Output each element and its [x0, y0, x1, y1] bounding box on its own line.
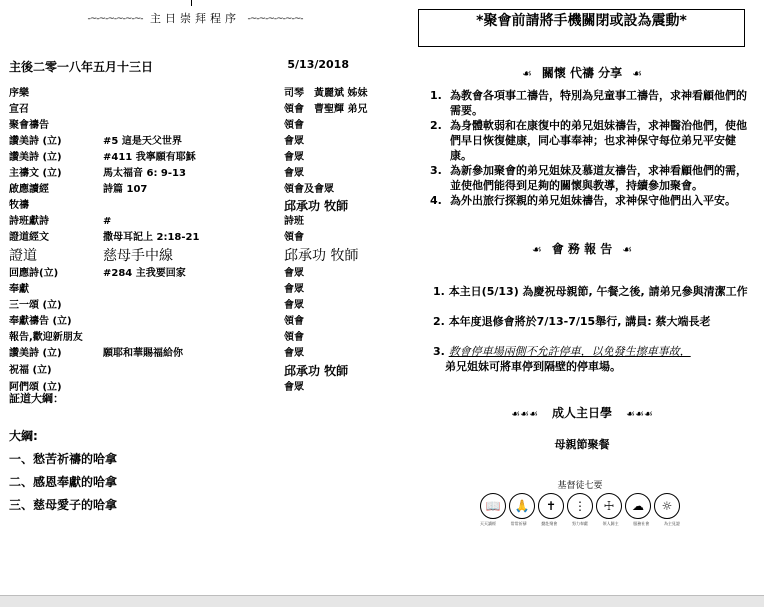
- essential-label: 常常祈禱: [511, 521, 527, 527]
- essential-label: 天天讀經: [480, 521, 496, 527]
- horizontal-scrollbar[interactable]: [0, 595, 764, 607]
- offering-icon: ⋮: [567, 493, 593, 519]
- item-number: 1.: [433, 285, 445, 298]
- sermon-outline-heading: 証道大綱：: [9, 390, 379, 426]
- essential-label: 服務社會: [633, 521, 649, 527]
- outline-point: 三、慈母愛子的哈拿: [9, 494, 379, 517]
- program-role: 領會: [284, 102, 304, 118]
- announcement-item: 1. 本主日(5/13) 為慶祝母親節, 午餐之後, 請弟兄參與清潔工作: [433, 284, 748, 299]
- ornament-icon: ☙: [622, 243, 632, 256]
- prayer-text: 為身體軟弱和在康復中的弟兄姐妹禱告，求神醫治他們，使他們早日恢復健康，同心事奉神…: [450, 119, 747, 162]
- item-number: 2.: [433, 315, 445, 328]
- announcement-emphasis: 教會停車場兩側不允許停車，以免發生擦車事故，: [449, 345, 691, 358]
- sunday-school-title: ☙☙☙成人主日學☙☙☙: [400, 404, 764, 421]
- announcement-item: 3. 教會停車場兩側不允許停車，以免發生擦車事故， 弟兄姐妹可將車停到隔壁的停車…: [433, 344, 691, 374]
- program-role: 領會: [284, 314, 304, 330]
- program-item: 奉獻: [9, 282, 29, 298]
- left-page: -~-~-~-~-~-~- 主日崇拜程序 -~-~-~-~-~-~- 主後二零一…: [0, 0, 390, 590]
- date-chinese: 主後二零一八年五月十三日: [9, 60, 153, 74]
- sermon-outline: 証道大綱： 大綱: 一、愁苦祈禱的哈拿 二、感恩奉獻的哈拿 三、慈母愛子的哈拿: [9, 390, 379, 517]
- ornament-right: -~-~-~-~-~-~-: [248, 14, 303, 24]
- announcements-section-title: ☙會 務 報 告☙: [400, 240, 764, 257]
- bulletin-title-text: 主日崇拜程序: [150, 12, 240, 25]
- prayer-item: 4.為外出旅行探親的弟兄姐妹禱告，求神保守他們出入平安。: [430, 193, 755, 208]
- ornament-icon: ☙: [632, 67, 642, 80]
- program-item: 詩班獻詩: [9, 214, 49, 230]
- program-content: 詩篇 107: [103, 182, 147, 198]
- program-item: 奉獻禱告 (立): [9, 314, 72, 330]
- program-item: 三一頌 (立): [9, 298, 62, 314]
- prayer-text: 為新參加聚會的弟兄姐妹及慕道友禱告，求神看顧他們的需，並使他們能得到足夠的關懷與…: [450, 164, 747, 192]
- program-row: 奉獻會眾: [9, 282, 379, 298]
- phone-notice: *聚會前請將手機關閉或設為震動*: [418, 9, 745, 47]
- worship-program: 序樂司琴黃麗斌 姊妹 宣召領會曹聖輝 弟兄 聚會禱告領會 讚美詩 (立)#5 這…: [9, 86, 379, 396]
- gathering-icon: ✝: [538, 493, 564, 519]
- seven-essentials-icons: 📖 🙏 ✝ ⋮ ☩ ☁ ☼: [480, 493, 680, 519]
- program-item: 回應詩(立): [9, 266, 58, 282]
- program-item: 祝福 (立): [9, 362, 52, 380]
- outline-subheading: 大綱:: [9, 426, 379, 448]
- program-item: 證道: [9, 246, 37, 266]
- prayer-item: 2.為身體軟弱和在康復中的弟兄姐妹禱告，求神醫治他們，使他們早日恢復健康，同心事…: [430, 118, 755, 163]
- essential-label: 努力奉獻: [572, 521, 588, 527]
- program-role: 會眾: [284, 150, 304, 166]
- program-row: 牧禱邱承功 牧師: [9, 198, 379, 214]
- program-item: 宣召: [9, 102, 29, 118]
- program-row: 讚美詩 (立)#411 我寧願有耶穌會眾: [9, 150, 379, 166]
- program-row: 讚美詩 (立)願耶和華賜福給你會眾: [9, 346, 379, 362]
- program-role: 邱承功 牧師: [284, 246, 358, 266]
- program-content: 願耶和華賜福給你: [103, 346, 183, 362]
- program-person: 黃麗斌 姊妹: [314, 86, 367, 102]
- program-role: 會眾: [284, 298, 304, 314]
- program-row: 宣召領會曹聖輝 弟兄: [9, 102, 379, 118]
- program-row: 報告,歡迎新朋友領會: [9, 330, 379, 346]
- program-role: 會眾: [284, 346, 304, 362]
- program-row: 啟應讀經詩篇 107領會及會眾: [9, 182, 379, 198]
- bulletin-title: -~-~-~-~-~-~- 主日崇拜程序 -~-~-~-~-~-~-: [0, 10, 390, 26]
- ornament-left: -~-~-~-~-~-~-: [88, 14, 143, 24]
- program-row-sermon: 證道慈母手中線邱承功 牧師: [9, 246, 379, 266]
- program-role: 會眾: [284, 266, 304, 282]
- item-number: 1.: [430, 88, 442, 103]
- program-role: 會眾: [284, 166, 304, 182]
- item-number: 3.: [433, 345, 445, 358]
- program-role: 司琴: [284, 86, 304, 102]
- program-item: 讚美詩 (立): [9, 134, 62, 150]
- program-row: 三一頌 (立)會眾: [9, 298, 379, 314]
- program-item: 主禱文 (立): [9, 166, 62, 182]
- seven-essentials-graphic: 基督徒七要 📖 🙏 ✝ ⋮ ☩ ☁ ☼ 天天讀經 常常祈禱 勤赴聚會 努力奉獻 …: [480, 478, 680, 527]
- prayer-list: 1.為教會各項事工禱告，特別為兒童事工禱告，求神看顧他們的需要。 2.為身體軟弱…: [430, 88, 755, 208]
- prayer-text: 為教會各項事工禱告，特別為兒童事工禱告，求神看顧他們的需要。: [450, 89, 747, 117]
- program-item: 啟應讀經: [9, 182, 49, 198]
- ornament-icon: ☙: [522, 67, 532, 80]
- announcement-item: 2. 本年度退修會將於7/13-7/15舉行, 講員: 蔡大端長老: [433, 314, 710, 329]
- program-row: 回應詩(立)#284 主我要回家會眾: [9, 266, 379, 282]
- program-content: 馬太福音 6: 9-13: [103, 166, 186, 182]
- announcements-title-text: 會 務 報 告: [552, 242, 613, 256]
- essential-label: 領人歸主: [603, 521, 619, 527]
- date-row: 主後二零一八年五月十三日 5/13/2018: [9, 58, 364, 75]
- seven-essentials-title: 基督徒七要: [480, 478, 680, 491]
- program-item: 序樂: [9, 86, 29, 102]
- program-role: 領會: [284, 230, 304, 246]
- program-row: 詩班獻詩#詩班: [9, 214, 379, 230]
- outline-point: 一、愁苦祈禱的哈拿: [9, 448, 379, 471]
- prayer-title-text: 關懷 代禱 分享: [542, 66, 622, 80]
- program-row: 祝福 (立)邱承功 牧師: [9, 362, 379, 380]
- ornament-icon: ☙: [532, 243, 542, 256]
- program-row: 證道經文撒母耳記上 2:18-21領會: [9, 230, 379, 246]
- program-row: 讚美詩 (立)#5 這是天父世界會眾: [9, 134, 379, 150]
- prayer-item: 1.為教會各項事工禱告，特別為兒童事工禱告，求神看顧他們的需要。: [430, 88, 755, 118]
- program-item: 報告,歡迎新朋友: [9, 330, 83, 346]
- program-item: 證道經文: [9, 230, 49, 246]
- program-content: #5 這是天父世界: [103, 134, 182, 150]
- prayer-item: 3.為新參加聚會的弟兄姐妹及慕道友禱告，求神看顧他們的需，並使他們能得到足夠的關…: [430, 163, 755, 193]
- program-role: 邱承功 牧師: [284, 362, 348, 380]
- program-item: 讚美詩 (立): [9, 346, 62, 362]
- program-row: 序樂司琴黃麗斌 姊妹: [9, 86, 379, 102]
- program-content: #411 我寧願有耶穌: [103, 150, 196, 166]
- ornament-icon: ☙☙☙: [511, 409, 538, 420]
- service-icon: ☁: [625, 493, 651, 519]
- sunday-school-title-text: 成人主日學: [552, 406, 612, 420]
- program-item: 讚美詩 (立): [9, 150, 62, 166]
- prayer-text: 為外出旅行探親的弟兄姐妹禱告，求神保守他們出入平安。: [450, 194, 736, 207]
- sermon-title: 慈母手中線: [103, 246, 173, 266]
- program-role: 會眾: [284, 282, 304, 298]
- essential-label: 勤赴聚會: [541, 521, 557, 527]
- program-role: 詩班: [284, 214, 304, 230]
- ornament-icon: ☙☙☙: [626, 409, 653, 420]
- sunday-school-subtitle: 母親節聚餐: [400, 436, 764, 452]
- program-role: 會眾: [284, 134, 304, 150]
- reading-icon: 📖: [480, 493, 506, 519]
- program-row: 主禱文 (立)馬太福音 6: 9-13會眾: [9, 166, 379, 182]
- right-page: *聚會前請將手機關閉或設為震動* ☙關懷 代禱 分享☙ 1.為教會各項事工禱告，…: [400, 0, 764, 590]
- program-person: 曹聖輝 弟兄: [314, 102, 367, 118]
- program-content: #: [103, 214, 111, 230]
- announcement-text: 本主日(5/13) 為慶祝母親節, 午餐之後, 請弟兄參與清潔工作: [449, 285, 748, 298]
- program-role: 領會: [284, 330, 304, 346]
- program-row: 奉獻禱告 (立)領會: [9, 314, 379, 330]
- outline-point: 二、感恩奉獻的哈拿: [9, 471, 379, 494]
- seven-essentials-labels: 天天讀經 常常祈禱 勤赴聚會 努力奉獻 領人歸主 服務社會 為主見證: [480, 521, 680, 527]
- program-content: 撒母耳記上 2:18-21: [103, 230, 199, 246]
- program-row: 聚會禱告領會: [9, 118, 379, 134]
- date-numeric: 5/13/2018: [287, 58, 349, 71]
- program-role: 領會: [284, 118, 304, 134]
- program-item: 聚會禱告: [9, 118, 49, 134]
- praying-icon: 🙏: [509, 493, 535, 519]
- program-item: 牧禱: [9, 198, 29, 214]
- program-role: 邱承功 牧師: [284, 198, 348, 214]
- item-number: 3.: [430, 163, 442, 178]
- announcement-text: 弟兄姐妹可將車停到隔壁的停車場。: [433, 360, 621, 373]
- witness-icon: ☼: [654, 493, 680, 519]
- evangelism-icon: ☩: [596, 493, 622, 519]
- item-number: 4.: [430, 193, 442, 208]
- program-content: #284 主我要回家: [103, 266, 186, 282]
- item-number: 2.: [430, 118, 442, 133]
- essential-label: 為主見證: [664, 521, 680, 527]
- prayer-section-title: ☙關懷 代禱 分享☙: [400, 64, 764, 81]
- announcement-text: 本年度退修會將於7/13-7/15舉行, 講員: 蔡大端長老: [449, 315, 711, 328]
- program-role: 領會及會眾: [284, 182, 334, 198]
